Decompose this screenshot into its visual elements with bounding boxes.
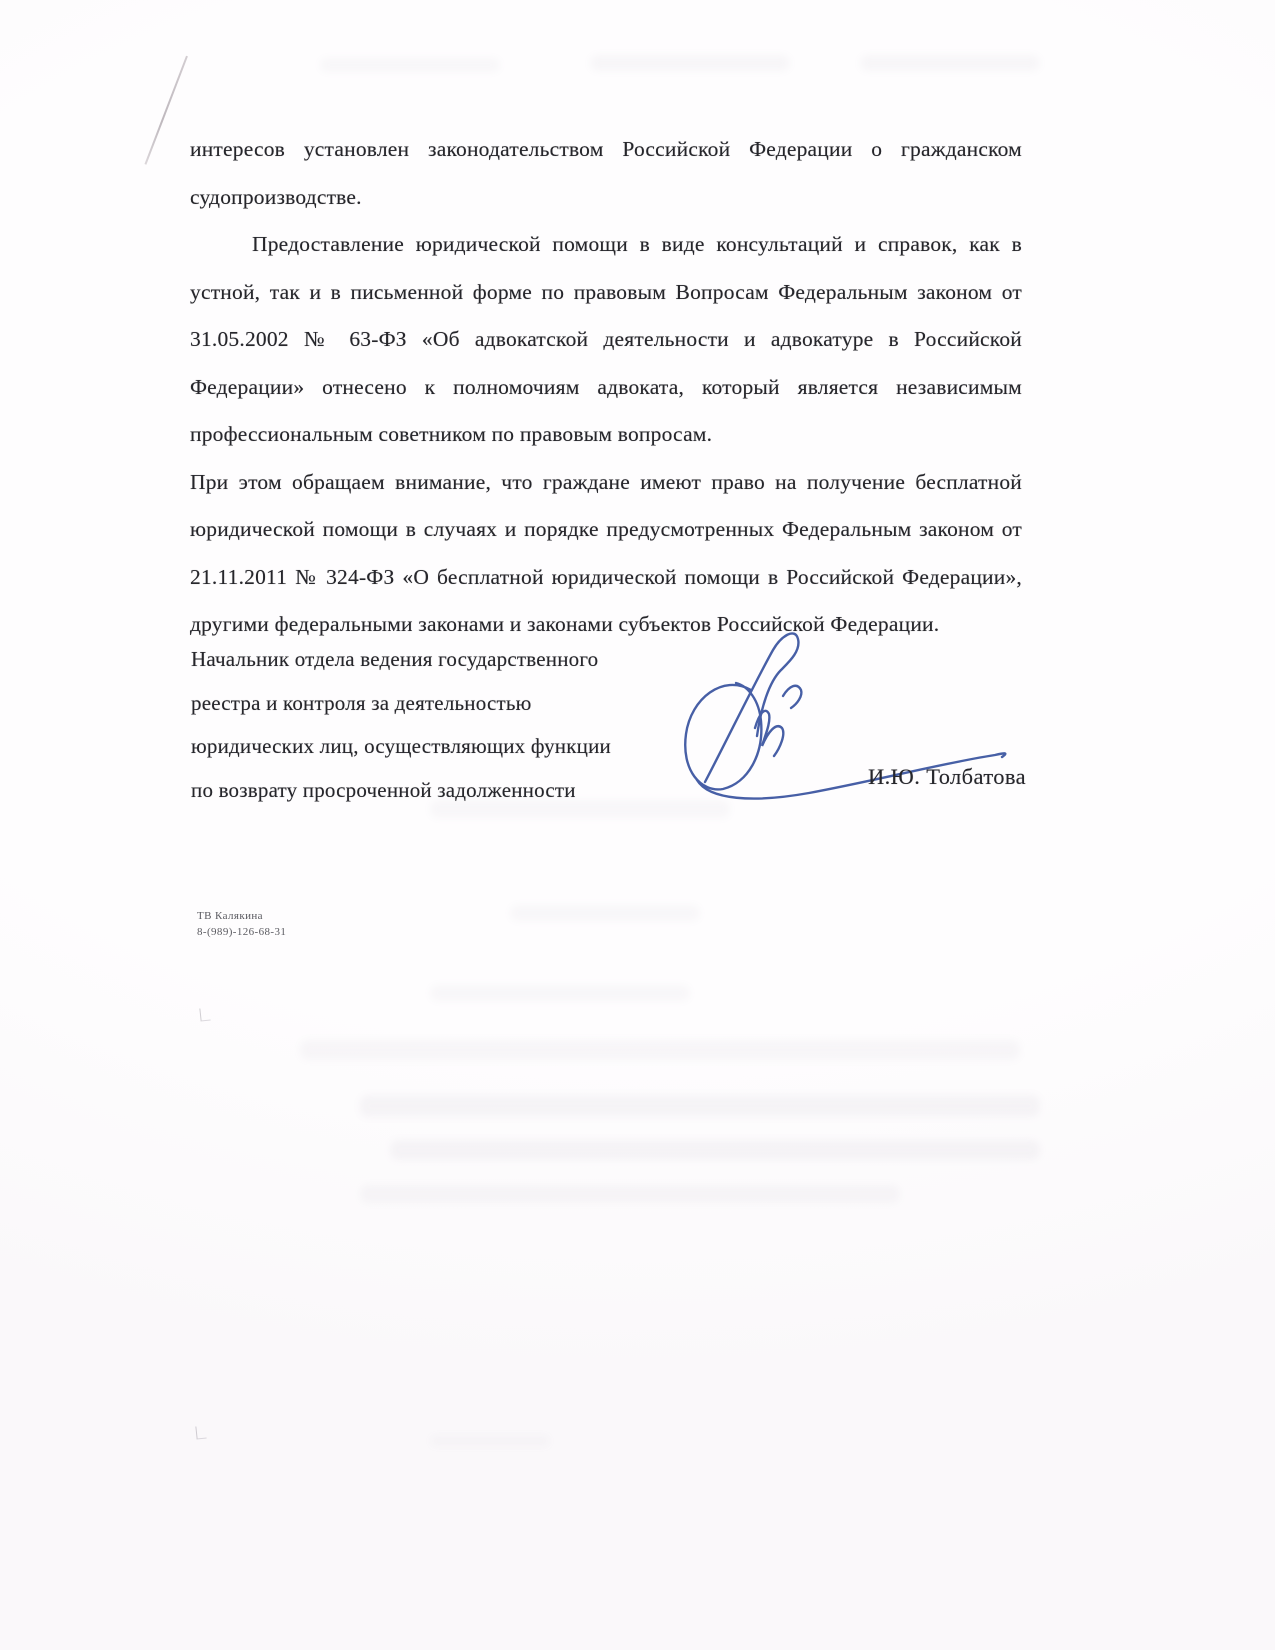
bleed-through-smudge — [320, 58, 500, 72]
bleed-through-smudge — [590, 55, 790, 71]
signatory-title-line: юридических лиц, осуществляющих функции — [191, 725, 711, 769]
bleed-through-smudge — [390, 1140, 1040, 1160]
signatory-title-block: Начальник отдела ведения государственног… — [191, 638, 711, 812]
executor-name: ТВ Калякина — [197, 908, 286, 924]
signatory-title-line: реестра и контроля за деятельностью — [191, 682, 711, 726]
signatory-title-line: по возврату просроченной задолженности — [191, 769, 711, 813]
bleed-through-smudge — [510, 905, 700, 921]
bleed-through-smudge — [430, 1435, 550, 1447]
letter-body: интересов установлен законодательством Р… — [190, 126, 1022, 649]
signatory-title-line: Начальник отдела ведения государственног… — [191, 638, 711, 682]
bleed-through-smudge — [300, 1040, 1020, 1060]
bleed-through-smudge — [860, 55, 1040, 71]
bleed-through-smudge — [430, 985, 690, 1001]
bleed-through-smudge — [360, 1095, 1040, 1117]
paragraph-continuation: интересов установлен законодательством Р… — [190, 126, 1022, 221]
pencil-mark — [195, 1426, 206, 1440]
pencil-mark — [199, 1008, 210, 1022]
executor-info: ТВ Калякина 8-(989)-126-68-31 — [197, 908, 286, 940]
bleed-through-smudge — [360, 1185, 900, 1203]
signatory-name: И.Ю. Толбатова — [868, 764, 1026, 790]
paragraph-legal-aid-63fz: Предоставление юридической помощи в виде… — [190, 221, 1022, 459]
executor-phone: 8-(989)-126-68-31 — [197, 924, 286, 940]
paper-crease-line — [144, 56, 187, 165]
scanned-letter-page: интересов установлен законодательством Р… — [0, 0, 1275, 1650]
